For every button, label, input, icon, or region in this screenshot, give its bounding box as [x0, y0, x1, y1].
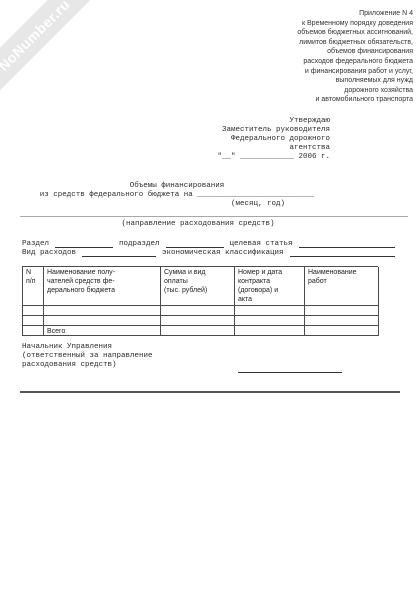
table-header-cell-recipient: Наименование полу- чателей средств фе- д… — [44, 267, 161, 306]
approval-line: агентства — [217, 144, 330, 153]
approval-line: Утверждаю — [217, 117, 330, 126]
month-year-hint: (месяц, год) — [203, 200, 313, 208]
appendix-line: объемов бюджетных ассигнований, — [297, 28, 413, 38]
signature-line: расходования средств) — [22, 361, 153, 370]
table-cell — [161, 306, 235, 316]
section-label: Раздел — [22, 240, 49, 249]
document-page: NoNumber.ru Приложение N 4 к Временному … — [0, 0, 420, 600]
appendix-header: Приложение N 4 к Временному порядку дове… — [297, 9, 413, 105]
approval-line: Заместитель руководителя — [217, 126, 330, 135]
table-header-cell-num: N п/п — [23, 267, 44, 306]
econ-class-label: экономическая классификация — [162, 249, 284, 258]
target-article-label: целевая статья — [230, 240, 293, 249]
econ-class-blank-field — [290, 249, 395, 257]
target-article-blank-field — [299, 240, 395, 248]
table-header-cell-works: Наименование работ — [305, 267, 379, 306]
table-cell — [44, 306, 161, 316]
watermark-text: NoNumber.ru — [0, 0, 73, 74]
appendix-line: Приложение N 4 — [297, 9, 413, 19]
document-title-block: Объемы финансирования из средств федерал… — [0, 182, 354, 200]
table-cell — [305, 316, 379, 326]
appendix-line: расходов федерального бюджета — [297, 57, 413, 67]
table-cell — [44, 316, 161, 326]
appendix-line: и автомобильного транспорта — [297, 95, 413, 105]
section-blank-field — [55, 240, 113, 248]
table-total-row-cell — [305, 326, 379, 336]
subsection-label: подраздел — [119, 240, 160, 249]
expense-type-blank-field — [82, 249, 156, 257]
table-cell — [23, 316, 44, 326]
direction-hint: (направление расходования средств) — [0, 220, 396, 228]
financing-table: N п/п Наименование полу- чателей средств… — [22, 266, 378, 336]
appendix-line: дорожного хозяйства — [297, 86, 413, 96]
divider-line — [20, 216, 408, 217]
signature-block: Начальник Управления (ответственный за н… — [22, 343, 153, 371]
appendix-line: объемов финансирования — [297, 47, 413, 57]
table-header-cell-sum: Сумма и вид оплаты (тыс. рублей) — [161, 267, 235, 306]
signature-line: Начальник Управления — [22, 343, 153, 352]
signature-blank-line — [238, 372, 342, 373]
table-header-cell-contract: Номер и дата контракта (договора) и акта — [235, 267, 305, 306]
appendix-line: лимитов бюджетных обязательств, — [297, 38, 413, 48]
approval-block: Утверждаю Заместитель руководителя Федер… — [217, 117, 330, 162]
classification-row-2: Вид расходов экономическая классификация — [22, 249, 395, 258]
table-total-row-cell — [23, 326, 44, 336]
approval-date-line: "__" ____________ 2006 г. — [217, 153, 330, 162]
classification-row-1: Раздел подраздел целевая статья — [22, 240, 395, 249]
appendix-line: к Временному порядку доведения — [297, 19, 413, 29]
appendix-line: выполняемых для нужд — [297, 76, 413, 86]
watermark-band: NoNumber.ru — [0, 0, 115, 116]
table-total-row-cell — [161, 326, 235, 336]
budget-source-line: из средств федерального бюджета на _____… — [0, 191, 354, 200]
table-cell — [23, 306, 44, 316]
signature-line: (ответственный за направление — [22, 352, 153, 361]
approval-line: Федерального дорожного — [217, 135, 330, 144]
expense-type-label: Вид расходов — [22, 249, 76, 258]
document-title: Объемы финансирования — [0, 182, 354, 191]
table-cell — [161, 316, 235, 326]
bottom-rule — [20, 391, 400, 393]
appendix-line: и финансирования работ и услуг, — [297, 67, 413, 77]
table-total-row-cell — [235, 326, 305, 336]
table-cell — [235, 306, 305, 316]
subsection-blank-field — [166, 240, 224, 248]
table-cell — [305, 306, 379, 316]
table-total-label: Всего — [44, 326, 161, 336]
table-cell — [235, 316, 305, 326]
